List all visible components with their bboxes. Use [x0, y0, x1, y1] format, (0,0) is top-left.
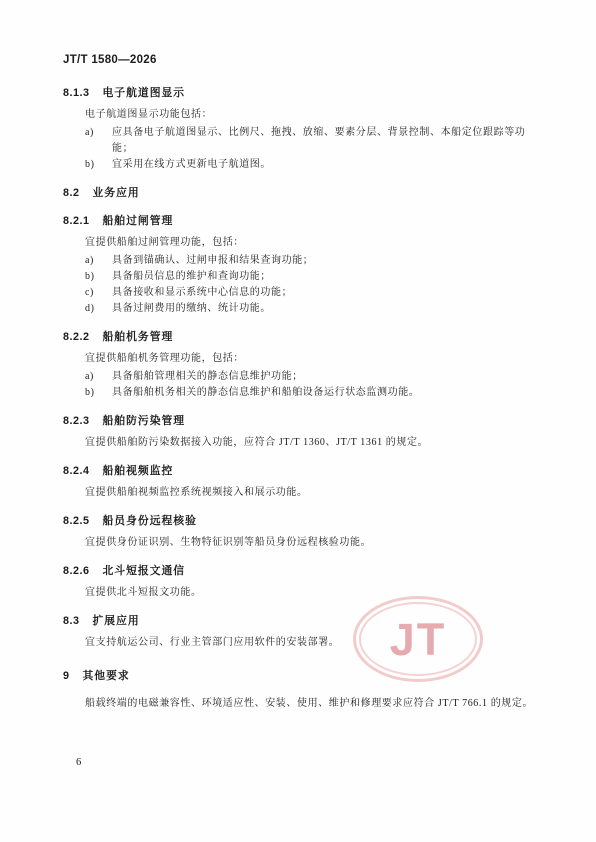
list-item: b) 宜采用在线方式更新电子航道图。: [63, 157, 538, 173]
section-number: 8.2: [63, 186, 80, 201]
section-number: 8.1.3: [63, 86, 90, 101]
list-item: c) 具备接收和显示系统中心信息的功能；: [63, 285, 538, 301]
list-item-label: c): [85, 285, 112, 301]
list-item: a) 应具备电子航道图显示、比例尺、拖拽、放缩、要素分层、背景控制、本船定位跟踪…: [63, 125, 538, 157]
section-heading-8-3: 8.3扩展应用: [63, 614, 538, 629]
list-item-text: 具备过闸费用的缴纳、统计功能。: [112, 301, 538, 317]
paragraph: 电子航道图显示功能包括：: [63, 107, 538, 123]
section-title: 船舶机务管理: [103, 331, 174, 343]
list-item-label: a): [85, 369, 112, 385]
section-number: 8.2.2: [63, 330, 90, 345]
paragraph: 宜提供船舶视频监控系统视频接入和展示功能。: [63, 485, 538, 501]
list-item-text: 宜采用在线方式更新电子航道图。: [112, 157, 538, 173]
paragraph: 宜提供船舶机务管理功能，包括：: [63, 351, 538, 367]
list-item-text: 具备船舶管理相关的静态信息维护功能；: [112, 369, 538, 385]
section-heading-8-2-4: 8.2.4船舶视频监控: [63, 464, 538, 479]
section-heading-9: 9其他要求: [63, 669, 538, 684]
section-heading-8-2-3: 8.2.3船舶防污染管理: [63, 414, 538, 429]
list-item-text: 具备到锚确认、过闸申报和结果查询功能；: [112, 253, 538, 269]
paragraph: 宜支持航运公司、行业主管部门应用软件的安装部署。: [63, 635, 538, 651]
section-title: 其他要求: [83, 670, 130, 682]
section-title: 电子航道图显示: [103, 87, 186, 99]
standard-number-header: JT/T 1580—2026: [63, 54, 538, 66]
section-title: 船员身份远程核验: [103, 515, 197, 527]
section-number: 8.3: [63, 614, 80, 629]
paragraph: 宜提供北斗短报文功能。: [63, 585, 538, 601]
section-heading-8-2: 8.2业务应用: [63, 186, 538, 201]
list-item: a) 具备到锚确认、过闸申报和结果查询功能；: [63, 253, 538, 269]
list-item: a) 具备船舶管理相关的静态信息维护功能；: [63, 369, 538, 385]
section-heading-8-2-5: 8.2.5船员身份远程核验: [63, 514, 538, 529]
paragraph: 宜提供身份证识别、生物特征识别等船员身份远程核验功能。: [63, 535, 538, 551]
page-number: 6: [76, 757, 81, 768]
paragraph: 宜提供船舶防污染数据接入功能，应符合 JT/T 1360、JT/T 1361 的…: [63, 435, 538, 451]
section-title: 北斗短报文通信: [103, 565, 186, 577]
section-title: 船舶过闸管理: [103, 215, 174, 227]
section-number: 8.2.3: [63, 414, 90, 429]
list-item: b) 具备船员信息的维护和查询功能；: [63, 269, 538, 285]
section-number: 8.2.5: [63, 514, 90, 529]
list-item-label: a): [85, 125, 112, 157]
section-title: 船舶防污染管理: [103, 415, 186, 427]
section-number: 8.2.6: [63, 564, 90, 579]
section-heading-8-1-3: 8.1.3电子航道图显示: [63, 86, 538, 101]
paragraph: 船载终端的电磁兼容性、环境适应性、安装、使用、维护和修理要求应符合 JT/T 7…: [63, 696, 538, 712]
list-item-label: a): [85, 253, 112, 269]
section-title: 扩展应用: [93, 615, 140, 627]
section-title: 业务应用: [93, 187, 140, 199]
section-number: 8.2.4: [63, 464, 90, 479]
section-number: 9: [63, 669, 70, 684]
section-title: 船舶视频监控: [103, 465, 174, 477]
list-item-label: d): [85, 301, 112, 317]
list-item: b) 具备船舶机务相关的静态信息维护和船舶设备运行状态监测功能。: [63, 385, 538, 401]
section-heading-8-2-1: 8.2.1船舶过闸管理: [63, 214, 538, 229]
list-item-label: b): [85, 385, 112, 401]
list-item-text: 应具备电子航道图显示、比例尺、拖拽、放缩、要素分层、背景控制、本船定位跟踪等功能…: [112, 125, 538, 157]
paragraph: 宜提供船舶过闸管理功能，包括：: [63, 235, 538, 251]
section-heading-8-2-6: 8.2.6北斗短报文通信: [63, 564, 538, 579]
list-item-label: b): [85, 157, 112, 173]
list-item-text: 具备船员信息的维护和查询功能；: [112, 269, 538, 285]
document-content: JT/T 1580—2026 8.1.3电子航道图显示 电子航道图显示功能包括：…: [0, 0, 596, 712]
list-item: d) 具备过闸费用的缴纳、统计功能。: [63, 301, 538, 317]
document-page: JT JT/T 1580—2026 8.1.3电子航道图显示 电子航道图显示功能…: [0, 0, 596, 842]
list-item-text: 具备船舶机务相关的静态信息维护和船舶设备运行状态监测功能。: [112, 385, 538, 401]
section-number: 8.2.1: [63, 214, 90, 229]
list-item-label: b): [85, 269, 112, 285]
list-item-text: 具备接收和显示系统中心信息的功能；: [112, 285, 538, 301]
section-heading-8-2-2: 8.2.2船舶机务管理: [63, 330, 538, 345]
